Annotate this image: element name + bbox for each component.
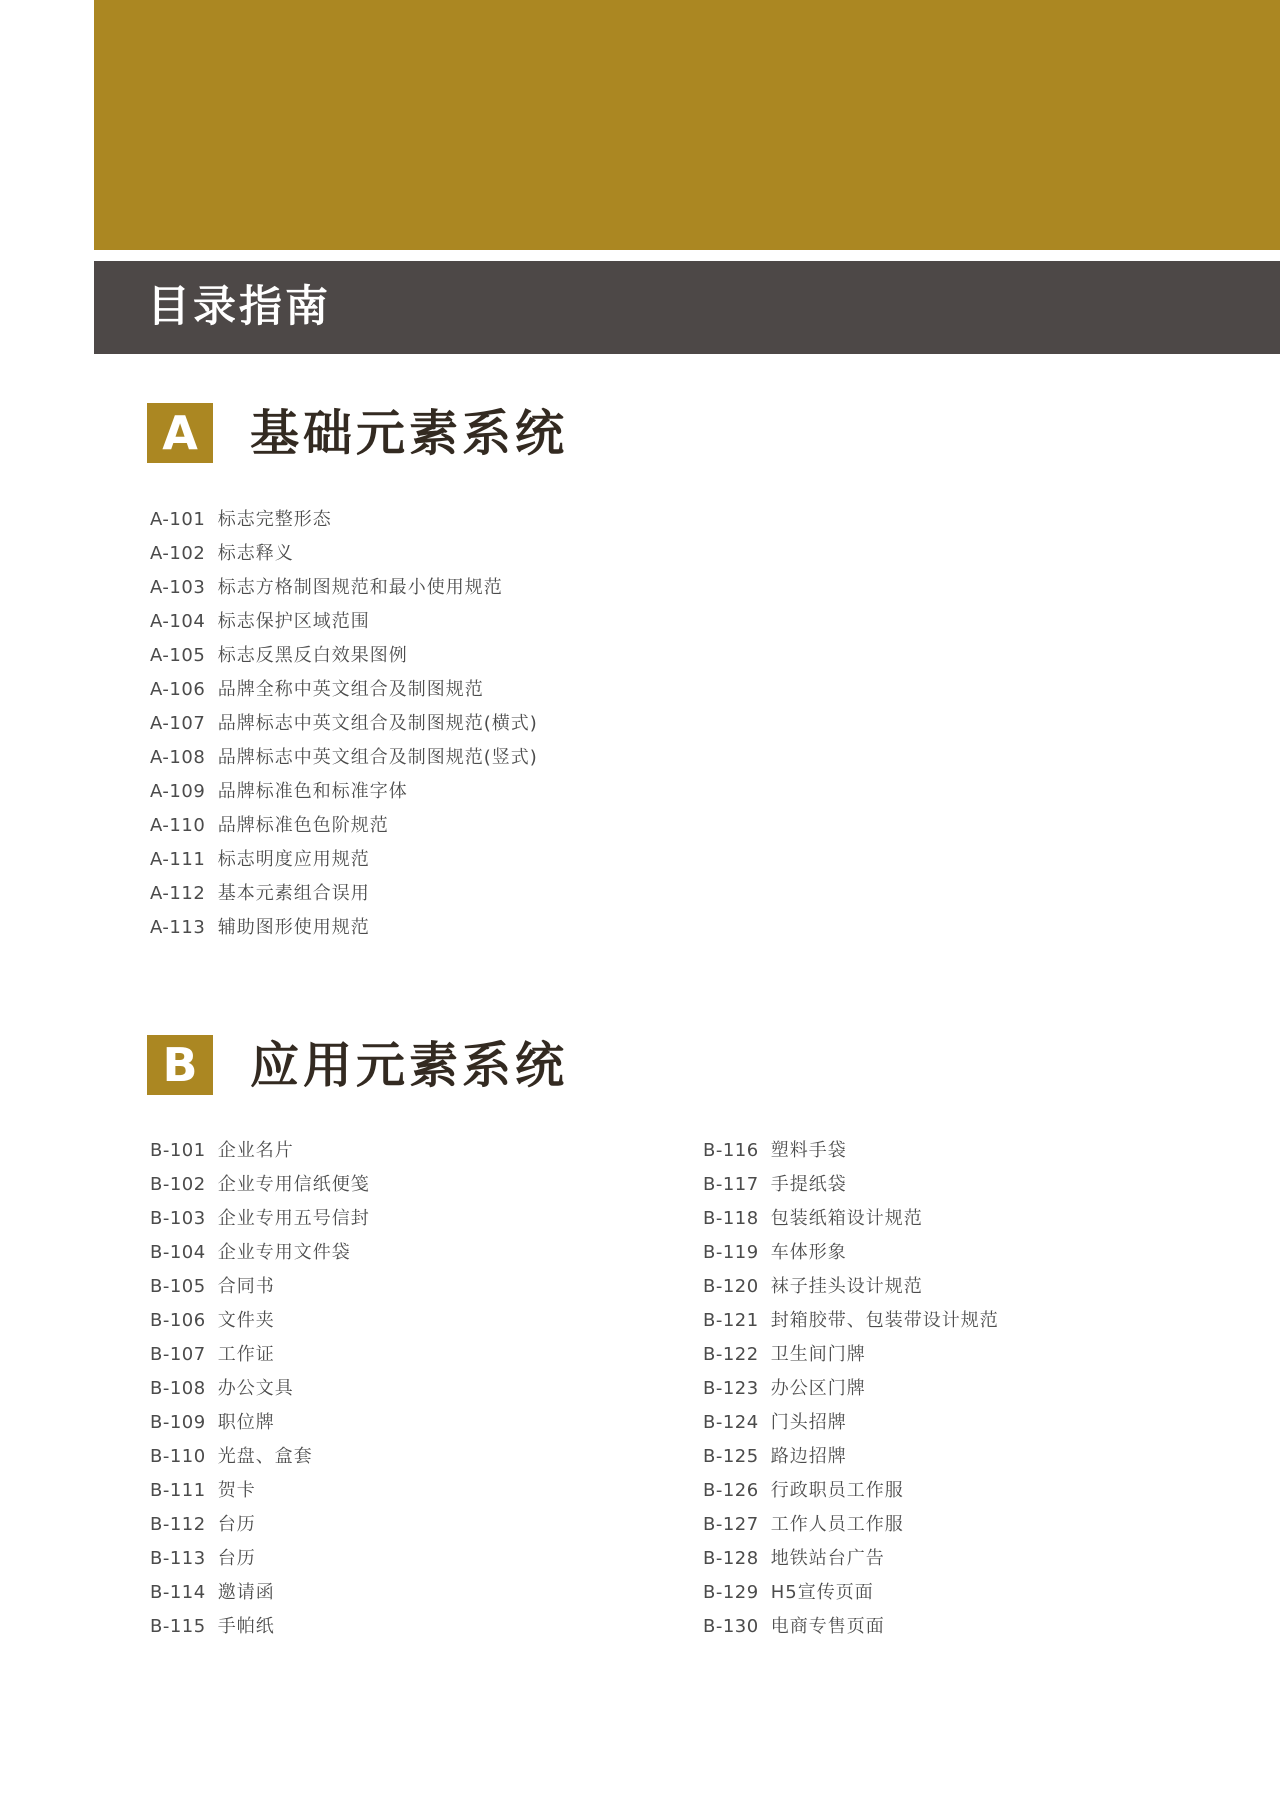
toc-entry: B-102 企业专用信纸便笺 xyxy=(150,1168,370,1202)
toc-entry-code: A-112 xyxy=(150,877,212,911)
toc-entry-label: 包装纸箱设计规范 xyxy=(771,1208,923,1229)
toc-entry-code: B-106 xyxy=(150,1304,212,1338)
toc-entry-label: 路边招牌 xyxy=(771,1446,847,1467)
toc-entry-code: B-121 xyxy=(703,1304,765,1338)
toc-entry-code: A-107 xyxy=(150,707,212,741)
toc-entry-code: B-113 xyxy=(150,1542,212,1576)
toc-entry-label: 标志方格制图规范和最小使用规范 xyxy=(218,577,503,598)
toc-entry-label: 电商专售页面 xyxy=(771,1616,885,1637)
toc-entry-label: 车体形象 xyxy=(771,1242,847,1263)
toc-entry-code: B-126 xyxy=(703,1474,765,1508)
toc-entry: B-106 文件夹 xyxy=(150,1304,370,1338)
toc-entry-label: 行政职员工作服 xyxy=(771,1480,904,1501)
toc-entry-code: B-124 xyxy=(703,1406,765,1440)
toc-entry-label: H5宣传页面 xyxy=(771,1582,874,1603)
toc-entry: B-103 企业专用五号信封 xyxy=(150,1202,370,1236)
toc-entry: B-113 台历 xyxy=(150,1542,370,1576)
toc-entry-label: 基本元素组合误用 xyxy=(218,883,370,904)
toc-entry-label: 台历 xyxy=(218,1548,256,1569)
toc-entry: B-125 路边招牌 xyxy=(703,1440,999,1474)
toc-entry-code: B-128 xyxy=(703,1542,765,1576)
toc-entry-code: B-105 xyxy=(150,1270,212,1304)
toc-entry-label: 办公文具 xyxy=(218,1378,294,1399)
toc-entry-label: 品牌标志中英文组合及制图规范(竖式) xyxy=(218,747,538,768)
toc-entry: B-116 塑料手袋 xyxy=(703,1134,999,1168)
section-b-list-right: B-116 塑料手袋 B-117 手提纸袋 B-118 包装纸箱设计规范 B-1… xyxy=(703,1134,999,1644)
toc-entry-code: B-110 xyxy=(150,1440,212,1474)
toc-entry-code: B-114 xyxy=(150,1576,212,1610)
toc-entry-code: A-101 xyxy=(150,503,212,537)
toc-entry-label: 标志反黑反白效果图例 xyxy=(218,645,408,666)
toc-entry-code: B-101 xyxy=(150,1134,212,1168)
section-b-header: B 应用元素系统 xyxy=(147,1035,568,1095)
toc-entry-label: 合同书 xyxy=(218,1276,275,1297)
toc-banner: 目录指南 xyxy=(94,261,1280,354)
toc-entry: A-104 标志保护区域范围 xyxy=(150,605,538,639)
toc-entry-label: 贺卡 xyxy=(218,1480,256,1501)
toc-entry-code: B-103 xyxy=(150,1202,212,1236)
toc-entry: B-129 H5宣传页面 xyxy=(703,1576,999,1610)
toc-entry: B-110 光盘、盒套 xyxy=(150,1440,370,1474)
toc-entry: A-101 标志完整形态 xyxy=(150,503,538,537)
toc-entry-code: B-109 xyxy=(150,1406,212,1440)
toc-entry-code: A-108 xyxy=(150,741,212,775)
section-b-list-left: B-101 企业名片 B-102 企业专用信纸便笺 B-103 企业专用五号信封… xyxy=(150,1134,370,1644)
toc-entry-code: B-102 xyxy=(150,1168,212,1202)
section-a-badge: A xyxy=(147,403,213,463)
toc-entry: B-109 职位牌 xyxy=(150,1406,370,1440)
toc-entry-label: 企业专用信纸便笺 xyxy=(218,1174,370,1195)
toc-entry-label: 门头招牌 xyxy=(771,1412,847,1433)
toc-entry-label: 塑料手袋 xyxy=(771,1140,847,1161)
toc-entry: B-128 地铁站台广告 xyxy=(703,1542,999,1576)
toc-entry: A-107 品牌标志中英文组合及制图规范(横式) xyxy=(150,707,538,741)
toc-entry: B-127 工作人员工作服 xyxy=(703,1508,999,1542)
toc-entry-label: 邀请函 xyxy=(218,1582,275,1603)
toc-entry-label: 标志释义 xyxy=(218,543,294,564)
toc-entry: B-107 工作证 xyxy=(150,1338,370,1372)
toc-entry-code: A-103 xyxy=(150,571,212,605)
toc-entry-label: 台历 xyxy=(218,1514,256,1535)
toc-entry: B-112 台历 xyxy=(150,1508,370,1542)
toc-entry: B-101 企业名片 xyxy=(150,1134,370,1168)
toc-entry-label: 企业名片 xyxy=(218,1140,294,1161)
toc-entry-label: 办公区门牌 xyxy=(771,1378,866,1399)
toc-entry: A-103 标志方格制图规范和最小使用规范 xyxy=(150,571,538,605)
toc-entry: B-115 手帕纸 xyxy=(150,1610,370,1644)
toc-entry: B-121 封箱胶带、包装带设计规范 xyxy=(703,1304,999,1338)
toc-entry: B-114 邀请函 xyxy=(150,1576,370,1610)
toc-entry: B-130 电商专售页面 xyxy=(703,1610,999,1644)
toc-entry-code: B-108 xyxy=(150,1372,212,1406)
toc-entry-code: B-116 xyxy=(703,1134,765,1168)
toc-entry: B-104 企业专用文件袋 xyxy=(150,1236,370,1270)
toc-entry-label: 地铁站台广告 xyxy=(771,1548,885,1569)
toc-entry: B-123 办公区门牌 xyxy=(703,1372,999,1406)
toc-entry-code: A-105 xyxy=(150,639,212,673)
toc-entry-label: 标志明度应用规范 xyxy=(218,849,370,870)
toc-entry-label: 企业专用五号信封 xyxy=(218,1208,370,1229)
toc-entry-code: B-123 xyxy=(703,1372,765,1406)
toc-entry-label: 品牌标准色色阶规范 xyxy=(218,815,389,836)
toc-entry-label: 封箱胶带、包装带设计规范 xyxy=(771,1310,999,1331)
toc-entry: B-118 包装纸箱设计规范 xyxy=(703,1202,999,1236)
toc-entry-code: A-113 xyxy=(150,911,212,945)
toc-entry: B-120 袜子挂头设计规范 xyxy=(703,1270,999,1304)
toc-entry: B-108 办公文具 xyxy=(150,1372,370,1406)
section-a-list: A-101 标志完整形态 A-102 标志释义 A-103 标志方格制图规范和最… xyxy=(150,503,538,945)
section-b-badge: B xyxy=(147,1035,213,1095)
toc-entry: A-105 标志反黑反白效果图例 xyxy=(150,639,538,673)
toc-entry-code: A-102 xyxy=(150,537,212,571)
toc-entry-label: 文件夹 xyxy=(218,1310,275,1331)
toc-entry: B-117 手提纸袋 xyxy=(703,1168,999,1202)
toc-entry-label: 企业专用文件袋 xyxy=(218,1242,351,1263)
toc-entry-code: B-125 xyxy=(703,1440,765,1474)
toc-entry: B-119 车体形象 xyxy=(703,1236,999,1270)
toc-entry: A-102 标志释义 xyxy=(150,537,538,571)
toc-entry: A-112 基本元素组合误用 xyxy=(150,877,538,911)
toc-entry-label: 辅助图形使用规范 xyxy=(218,917,370,938)
toc-entry-code: B-118 xyxy=(703,1202,765,1236)
toc-entry: A-113 辅助图形使用规范 xyxy=(150,911,538,945)
toc-banner-title: 目录指南 xyxy=(147,286,331,329)
toc-entry-label: 品牌标志中英文组合及制图规范(横式) xyxy=(218,713,538,734)
toc-entry-code: A-110 xyxy=(150,809,212,843)
toc-entry-code: B-129 xyxy=(703,1576,765,1610)
toc-entry: B-122 卫生间门牌 xyxy=(703,1338,999,1372)
toc-entry-label: 品牌全称中英文组合及制图规范 xyxy=(218,679,484,700)
section-a-header: A 基础元素系统 xyxy=(147,403,568,463)
toc-entry-label: 职位牌 xyxy=(218,1412,275,1433)
toc-entry-label: 手帕纸 xyxy=(218,1616,275,1637)
gold-header-block xyxy=(94,0,1280,250)
toc-entry-label: 标志完整形态 xyxy=(218,509,332,530)
toc-entry-code: A-106 xyxy=(150,673,212,707)
toc-entry: A-108 品牌标志中英文组合及制图规范(竖式) xyxy=(150,741,538,775)
toc-entry-code: B-120 xyxy=(703,1270,765,1304)
toc-entry: B-126 行政职员工作服 xyxy=(703,1474,999,1508)
toc-entry-code: B-127 xyxy=(703,1508,765,1542)
toc-entry-label: 卫生间门牌 xyxy=(771,1344,866,1365)
toc-entry: B-111 贺卡 xyxy=(150,1474,370,1508)
toc-entry-code: B-122 xyxy=(703,1338,765,1372)
toc-entry-code: B-104 xyxy=(150,1236,212,1270)
toc-entry: A-109 品牌标准色和标准字体 xyxy=(150,775,538,809)
catalog-page: 目录指南 A 基础元素系统 A-101 标志完整形态 A-102 标志释义 A-… xyxy=(0,0,1280,1809)
toc-entry-code: B-130 xyxy=(703,1610,765,1644)
toc-entry-label: 工作证 xyxy=(218,1344,275,1365)
toc-entry-code: B-117 xyxy=(703,1168,765,1202)
toc-entry-label: 手提纸袋 xyxy=(771,1174,847,1195)
toc-entry: B-105 合同书 xyxy=(150,1270,370,1304)
toc-entry: B-124 门头招牌 xyxy=(703,1406,999,1440)
toc-entry-label: 品牌标准色和标准字体 xyxy=(218,781,408,802)
toc-entry-label: 标志保护区域范围 xyxy=(218,611,370,632)
toc-entry-label: 袜子挂头设计规范 xyxy=(771,1276,923,1297)
toc-entry: A-110 品牌标准色色阶规范 xyxy=(150,809,538,843)
toc-entry-code: B-111 xyxy=(150,1474,212,1508)
section-b-title: 应用元素系统 xyxy=(250,1041,568,1090)
toc-entry-code: B-107 xyxy=(150,1338,212,1372)
toc-entry-label: 光盘、盒套 xyxy=(218,1446,313,1467)
section-a-title: 基础元素系统 xyxy=(250,409,568,458)
toc-entry-label: 工作人员工作服 xyxy=(771,1514,904,1535)
toc-entry-code: B-112 xyxy=(150,1508,212,1542)
toc-entry: A-111 标志明度应用规范 xyxy=(150,843,538,877)
toc-entry: A-106 品牌全称中英文组合及制图规范 xyxy=(150,673,538,707)
toc-entry-code: B-115 xyxy=(150,1610,212,1644)
toc-entry-code: B-119 xyxy=(703,1236,765,1270)
toc-entry-code: A-111 xyxy=(150,843,212,877)
toc-entry-code: A-104 xyxy=(150,605,212,639)
toc-entry-code: A-109 xyxy=(150,775,212,809)
